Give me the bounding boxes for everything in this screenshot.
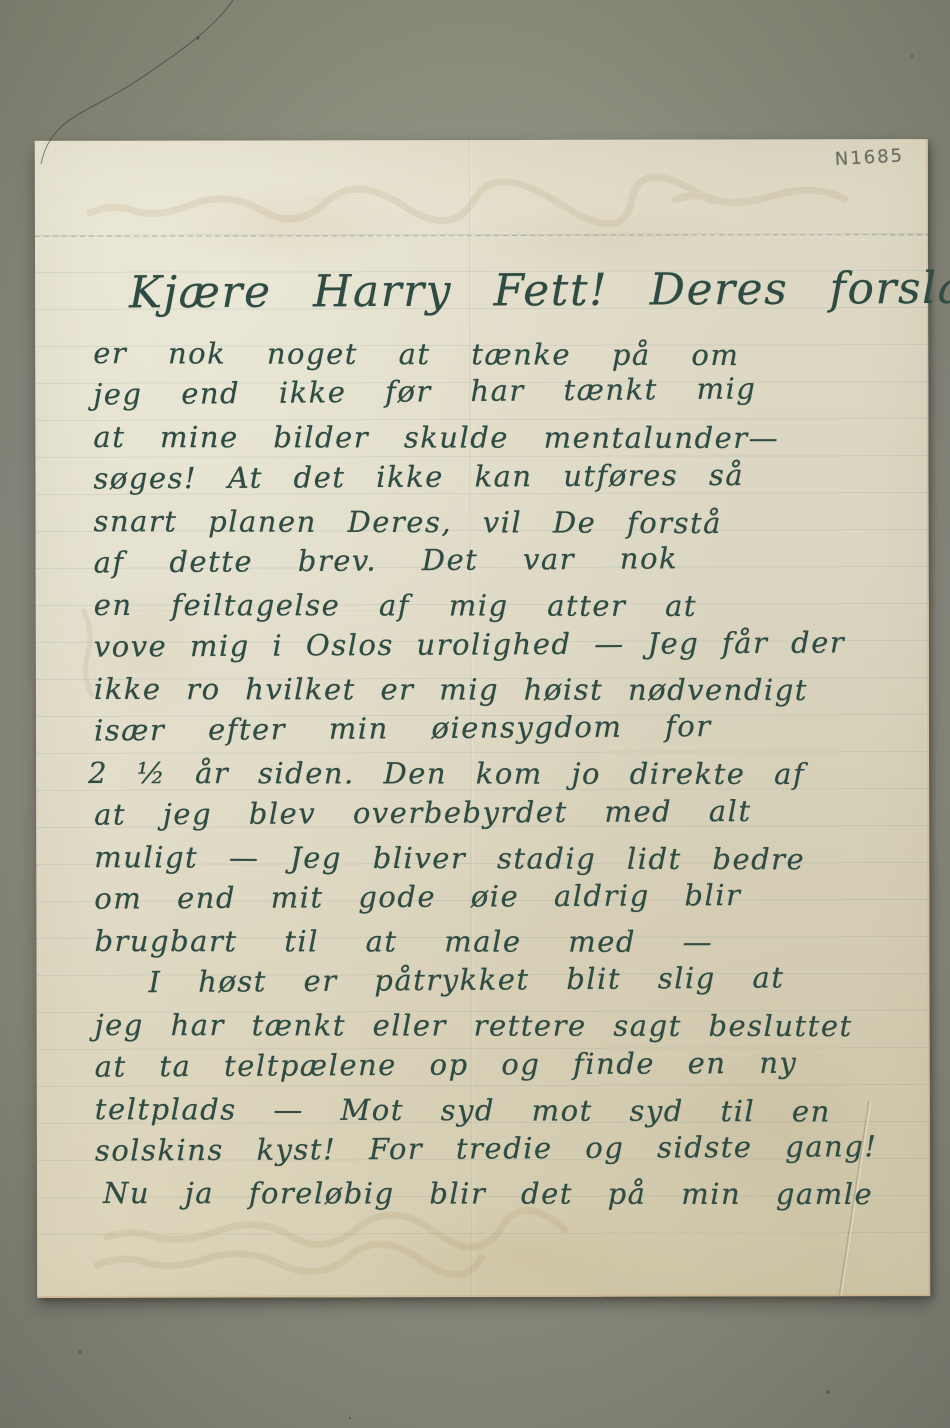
letter-page: N1685 Kjære Harry Fett! Deres forslag er…	[35, 139, 930, 1298]
letter-line: vove mig i Oslos urolighed — Jeg får der	[36, 622, 929, 669]
letter-line: at jeg blev overbebyrdet med alt	[36, 790, 929, 837]
letter-line: I høst er påtrykket blit slig at	[36, 956, 929, 1005]
letter-line: især efter min øiensygdom for	[36, 704, 929, 753]
letter-line: 2 ½ år siden. Den kom jo direkte af	[36, 753, 929, 796]
letter-line: at ta teltpælene op og finde en ny	[37, 1042, 930, 1089]
letter-body: Kjære Harry Fett! Deres forslag er nok n…	[35, 261, 930, 1215]
archive-number: N1685	[834, 145, 904, 170]
letter-line: solskins kyst! For tredie og sidste gang…	[37, 1126, 930, 1173]
letter-line: at mine bilder skulde mentalunder—	[35, 417, 928, 460]
letter-line: jeg har tænkt eller rettere sagt beslutt…	[37, 1005, 930, 1048]
photo-background: N1685 Kjære Harry Fett! Deres forslag er…	[0, 0, 950, 1428]
letter-line: søges! At det ikke kan utføres så	[35, 454, 928, 501]
letter-line: om end mit gode øie aldrig blir	[36, 874, 929, 921]
letter-line: en feiltagelse af mig atter at	[36, 585, 929, 628]
letter-line: Kjære Harry Fett! Deres forslag	[35, 258, 928, 333]
letter-line: jeg end ikke før har tænkt mig	[35, 367, 928, 417]
letter-line: Nu ja foreløbig blir det på min gamle	[37, 1173, 930, 1216]
letter-line: af dette brev. Det var nok	[36, 536, 929, 585]
